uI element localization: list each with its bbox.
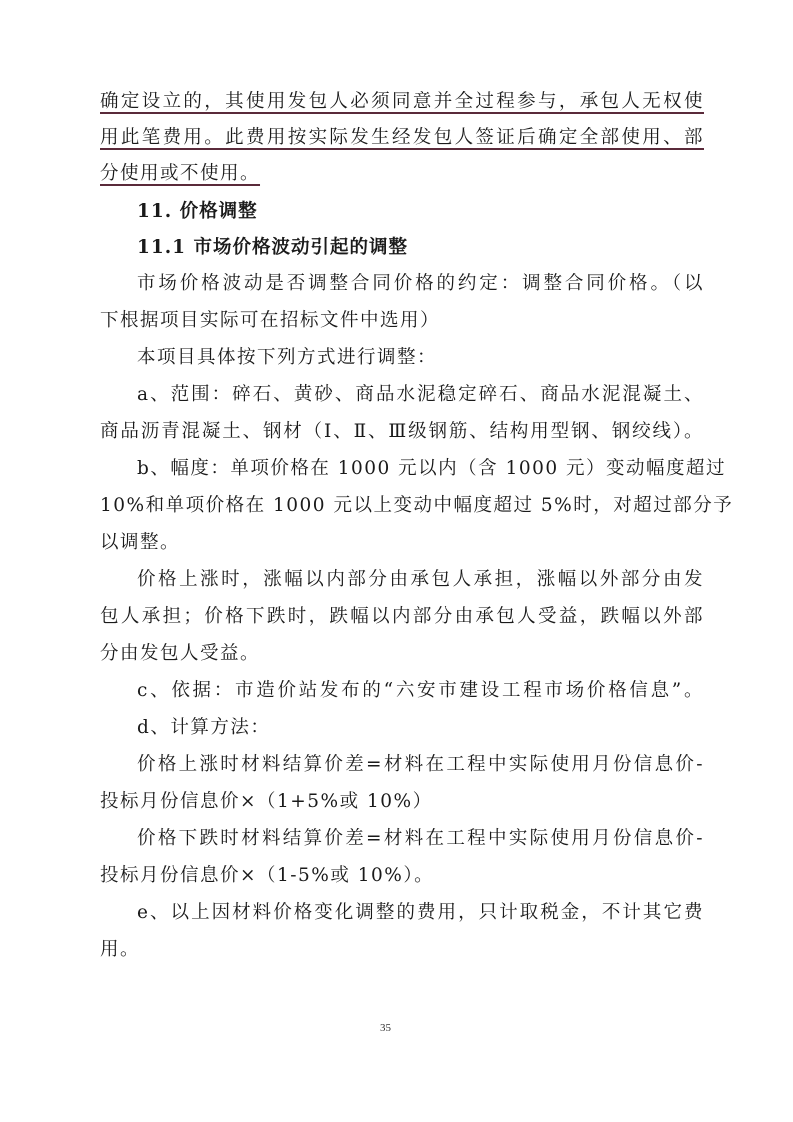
body-line: 价格上涨时材料结算价差=材料在工程中实际使用月份信息价- <box>137 753 704 777</box>
document-page: 确定设立的，其使用发包人必须同意并全过程参与，承包人无权使 用此笔费用。此费用按… <box>0 0 793 1122</box>
body-line: a、范围：碎石、黄砂、商品水泥稳定碎石、商品水泥混凝土、 <box>137 383 704 407</box>
section-heading: 11. 价格调整 <box>137 200 258 224</box>
body-line: c、依据：市造价站发布的“六安市建设工程市场价格信息”。 <box>137 679 704 703</box>
body-line: 投标月份信息价×（1-5%或 10%）。 <box>100 864 704 888</box>
body-line: 下根据项目实际可在招标文件中选用） <box>100 309 704 333</box>
body-line: 商品沥青混凝土、钢材（Ⅰ、Ⅱ、Ⅲ级钢筋、结构用型钢、钢绞线）。 <box>100 420 704 444</box>
body-line: 分由发包人受益。 <box>100 642 704 666</box>
body-line: d、计算方法： <box>137 716 704 740</box>
subsection-heading: 11.1 市场价格波动引起的调整 <box>137 236 408 260</box>
body-line: 投标月份信息价×（1+5%或 10%） <box>100 790 704 814</box>
intro-line-3: 分使用或不使用。 <box>100 162 260 186</box>
body-line: 包人承担；价格下跌时，跌幅以内部分由承包人受益，跌幅以外部 <box>100 605 704 629</box>
body-line: 本项目具体按下列方式进行调整： <box>137 346 704 370</box>
body-line: 用。 <box>100 938 704 962</box>
body-line: 市场价格波动是否调整合同价格的约定：调整合同价格。（以 <box>137 272 704 296</box>
body-line: b、幅度：单项价格在 1000 元以内（含 1000 元）变动幅度超过 <box>137 457 704 481</box>
body-line: 10%和单项价格在 1000 元以上变动中幅度超过 5%时，对超过部分予 <box>100 494 704 518</box>
page-number: 35 <box>380 1022 391 1034</box>
body-line: e、以上因材料价格变化调整的费用，只计取税金，不计其它费 <box>137 901 704 925</box>
body-line: 价格上涨时，涨幅以内部分由承包人承担，涨幅以外部分由发 <box>137 568 704 592</box>
body-line: 以调整。 <box>100 531 704 555</box>
intro-line-1: 确定设立的，其使用发包人必须同意并全过程参与，承包人无权使 <box>100 90 704 114</box>
body-line: 价格下跌时材料结算价差=材料在工程中实际使用月份信息价- <box>137 827 704 851</box>
intro-line-2: 用此笔费用。此费用按实际发生经发包人签证后确定全部使用、部 <box>100 126 704 150</box>
